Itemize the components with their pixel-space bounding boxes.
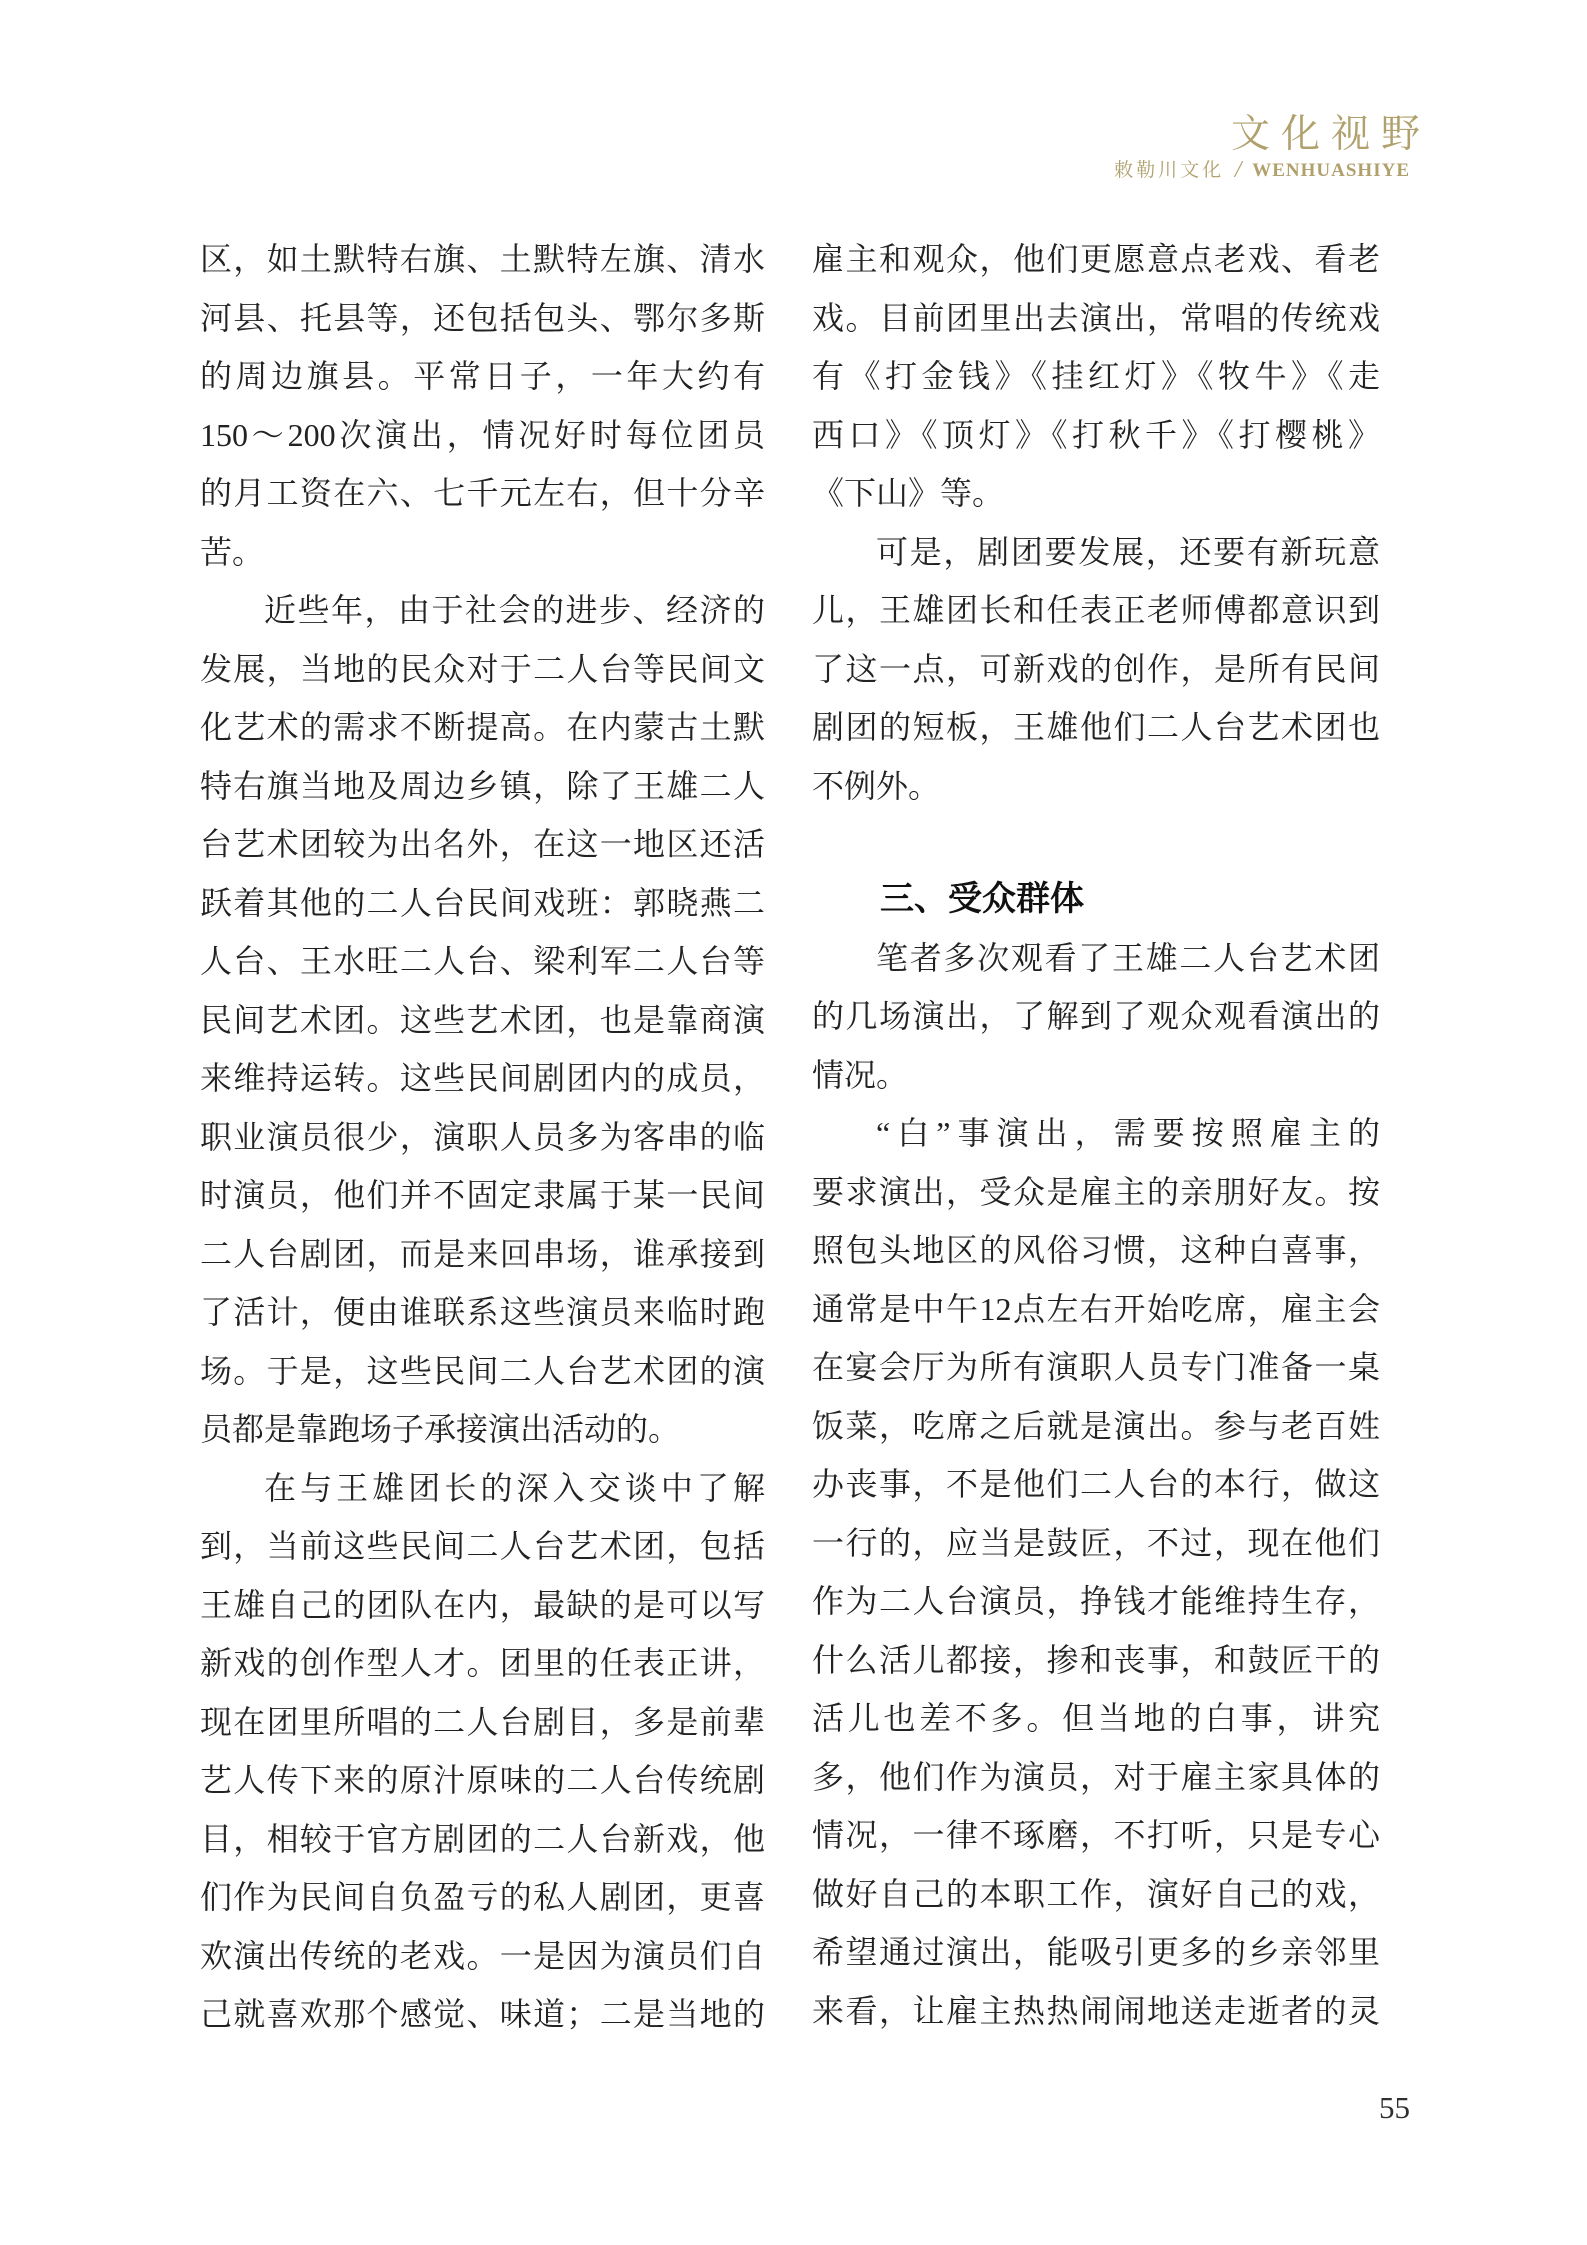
text-line: 场。于是，这些民间二人台艺术团的演 bbox=[200, 1342, 765, 1401]
text-line: 照包头地区的风俗习惯，这种白喜事， bbox=[812, 1221, 1380, 1280]
text-line: 区，如土默特右旗、土默特左旗、清水 bbox=[200, 230, 765, 289]
text-line: 儿，王雄团长和任表正老师傅都意识到 bbox=[812, 581, 1380, 640]
text-line: 到，当前这些民间二人台艺术团，包括 bbox=[200, 1517, 765, 1576]
text-line: 现在团里所唱的二人台剧目，多是前辈 bbox=[200, 1693, 765, 1752]
text-line: 有《打金钱》《挂红灯》《牧牛》《走 bbox=[812, 347, 1380, 406]
text-line: 在与王雄团长的深入交谈中了解 bbox=[200, 1459, 765, 1518]
text-line: 戏。目前团里出去演出，常唱的传统戏 bbox=[812, 289, 1380, 348]
text-line: 多，他们作为演员，对于雇主家具体的 bbox=[812, 1748, 1380, 1807]
document-page: 文化视野 敕勒川文化 / WENHUASHIYE 区，如土默特右旗、土默特左旗、… bbox=[0, 0, 1587, 2245]
text-line: “白”事演出，需要按照雇主的 bbox=[812, 1104, 1380, 1163]
article-column-left: 区，如土默特右旗、土默特左旗、清水河县、托县等，还包括包头、鄂尔多斯的周边旗县。… bbox=[200, 230, 765, 2044]
text-line: 要求演出，受众是雇主的亲朋好友。按 bbox=[812, 1163, 1380, 1222]
text-line: 笔者多次观看了王雄二人台艺术团 bbox=[812, 929, 1380, 988]
text-line: 职业演员很少，演职人员多为客串的临 bbox=[200, 1108, 765, 1167]
text-line: 的月工资在六、七千元左右，但十分辛 bbox=[200, 464, 765, 523]
text-line: 西口》《顶灯》《打秋千》《打樱桃》 bbox=[812, 406, 1380, 465]
text-line: 不例外。 bbox=[812, 757, 1380, 816]
text-line: 们作为民间自负盈亏的私人剧团，更喜 bbox=[200, 1868, 765, 1927]
text-line: 目，相较于官方剧团的二人台新戏，他 bbox=[200, 1810, 765, 1869]
column-gap bbox=[812, 815, 1380, 870]
subtitle-divider: / bbox=[1229, 157, 1248, 183]
text-line: 通常是中午12点左右开始吃席，雇主会 bbox=[812, 1280, 1380, 1339]
text-line: 了这一点，可新戏的创作，是所有民间 bbox=[812, 640, 1380, 699]
text-line: 化艺术的需求不断提高。在内蒙古土默 bbox=[200, 698, 765, 757]
text-line: 王雄自己的团队在内，最缺的是可以写 bbox=[200, 1576, 765, 1635]
section-heading: 三、受众群体 bbox=[812, 870, 1380, 929]
text-line: 己就喜欢那个感觉、味道；二是当地的 bbox=[200, 1985, 765, 2044]
text-line: 一行的，应当是鼓匠，不过，现在他们 bbox=[812, 1514, 1380, 1573]
text-line: 特右旗当地及周边乡镇，除了王雄二人 bbox=[200, 757, 765, 816]
text-line: 艺人传下来的原汁原味的二人台传统剧 bbox=[200, 1751, 765, 1810]
text-line: 做好自己的本职工作，演好自己的戏， bbox=[812, 1865, 1380, 1924]
text-line: 员都是靠跑场子承接演出活动的。 bbox=[200, 1400, 765, 1459]
text-line: 时演员，他们并不固定隶属于某一民间 bbox=[200, 1166, 765, 1225]
text-line: 发展，当地的民众对于二人台等民间文 bbox=[200, 640, 765, 699]
page-number: 55 bbox=[1379, 2090, 1410, 2126]
text-line: 情况。 bbox=[812, 1046, 1380, 1105]
text-line: 苦。 bbox=[200, 523, 765, 582]
text-line: 河县、托县等，还包括包头、鄂尔多斯 bbox=[200, 289, 765, 348]
text-line: 150～200次演出，情况好时每位团员 bbox=[200, 406, 765, 465]
text-line: 新戏的创作型人才。团里的任表正讲， bbox=[200, 1634, 765, 1693]
text-line: 在宴会厅为所有演职人员专门准备一桌 bbox=[812, 1338, 1380, 1397]
text-line: 二人台剧团，而是来回串场，谁承接到 bbox=[200, 1225, 765, 1284]
article-column-right: 雇主和观众，他们更愿意点老戏、看老戏。目前团里出去演出，常唱的传统戏有《打金钱》… bbox=[812, 230, 1380, 2040]
section-banner-subtitle: 敕勒川文化 / WENHUASHIYE bbox=[1114, 155, 1410, 183]
text-line: 的周边旗县。平常日子，一年大约有 bbox=[200, 347, 765, 406]
text-line: 活儿也差不多。但当地的白事，讲究 bbox=[812, 1689, 1380, 1748]
text-line: 情况，一律不琢磨，不打听，只是专心 bbox=[812, 1806, 1380, 1865]
text-line: 剧团的短板，王雄他们二人台艺术团也 bbox=[812, 698, 1380, 757]
text-line: 来维持运转。这些民间剧团内的成员， bbox=[200, 1049, 765, 1108]
subtitle-chinese: 敕勒川文化 bbox=[1114, 160, 1224, 181]
text-line: 作为二人台演员，挣钱才能维持生存， bbox=[812, 1572, 1380, 1631]
text-line: 近些年，由于社会的进步、经济的 bbox=[200, 581, 765, 640]
text-line: 饭菜，吃席之后就是演出。参与老百姓 bbox=[812, 1397, 1380, 1456]
text-line: 跃着其他的二人台民间戏班：郭晓燕二 bbox=[200, 874, 765, 933]
text-line: 雇主和观众，他们更愿意点老戏、看老 bbox=[812, 230, 1380, 289]
section-banner-title: 文化视野 bbox=[1231, 103, 1431, 159]
text-line: 欢演出传统的老戏。一是因为演员们自 bbox=[200, 1927, 765, 1986]
subtitle-romanized: WENHUASHIYE bbox=[1252, 160, 1410, 181]
text-line: 了活计，便由谁联系这些演员来临时跑 bbox=[200, 1283, 765, 1342]
text-line: 可是，剧团要发展，还要有新玩意 bbox=[812, 523, 1380, 582]
text-line: 办丧事，不是他们二人台的本行，做这 bbox=[812, 1455, 1380, 1514]
text-line: 民间艺术团。这些艺术团，也是靠商演 bbox=[200, 991, 765, 1050]
text-line: 《下山》等。 bbox=[812, 464, 1380, 523]
text-line: 来看，让雇主热热闹闹地送走逝者的灵 bbox=[812, 1982, 1380, 2041]
text-line: 的几场演出，了解到了观众观看演出的 bbox=[812, 987, 1380, 1046]
text-line: 希望通过演出，能吸引更多的乡亲邻里 bbox=[812, 1923, 1380, 1982]
text-line: 什么活儿都接，掺和丧事，和鼓匠干的 bbox=[812, 1631, 1380, 1690]
text-line: 台艺术团较为出名外，在这一地区还活 bbox=[200, 815, 765, 874]
text-line: 人台、王水旺二人台、梁利军二人台等 bbox=[200, 932, 765, 991]
